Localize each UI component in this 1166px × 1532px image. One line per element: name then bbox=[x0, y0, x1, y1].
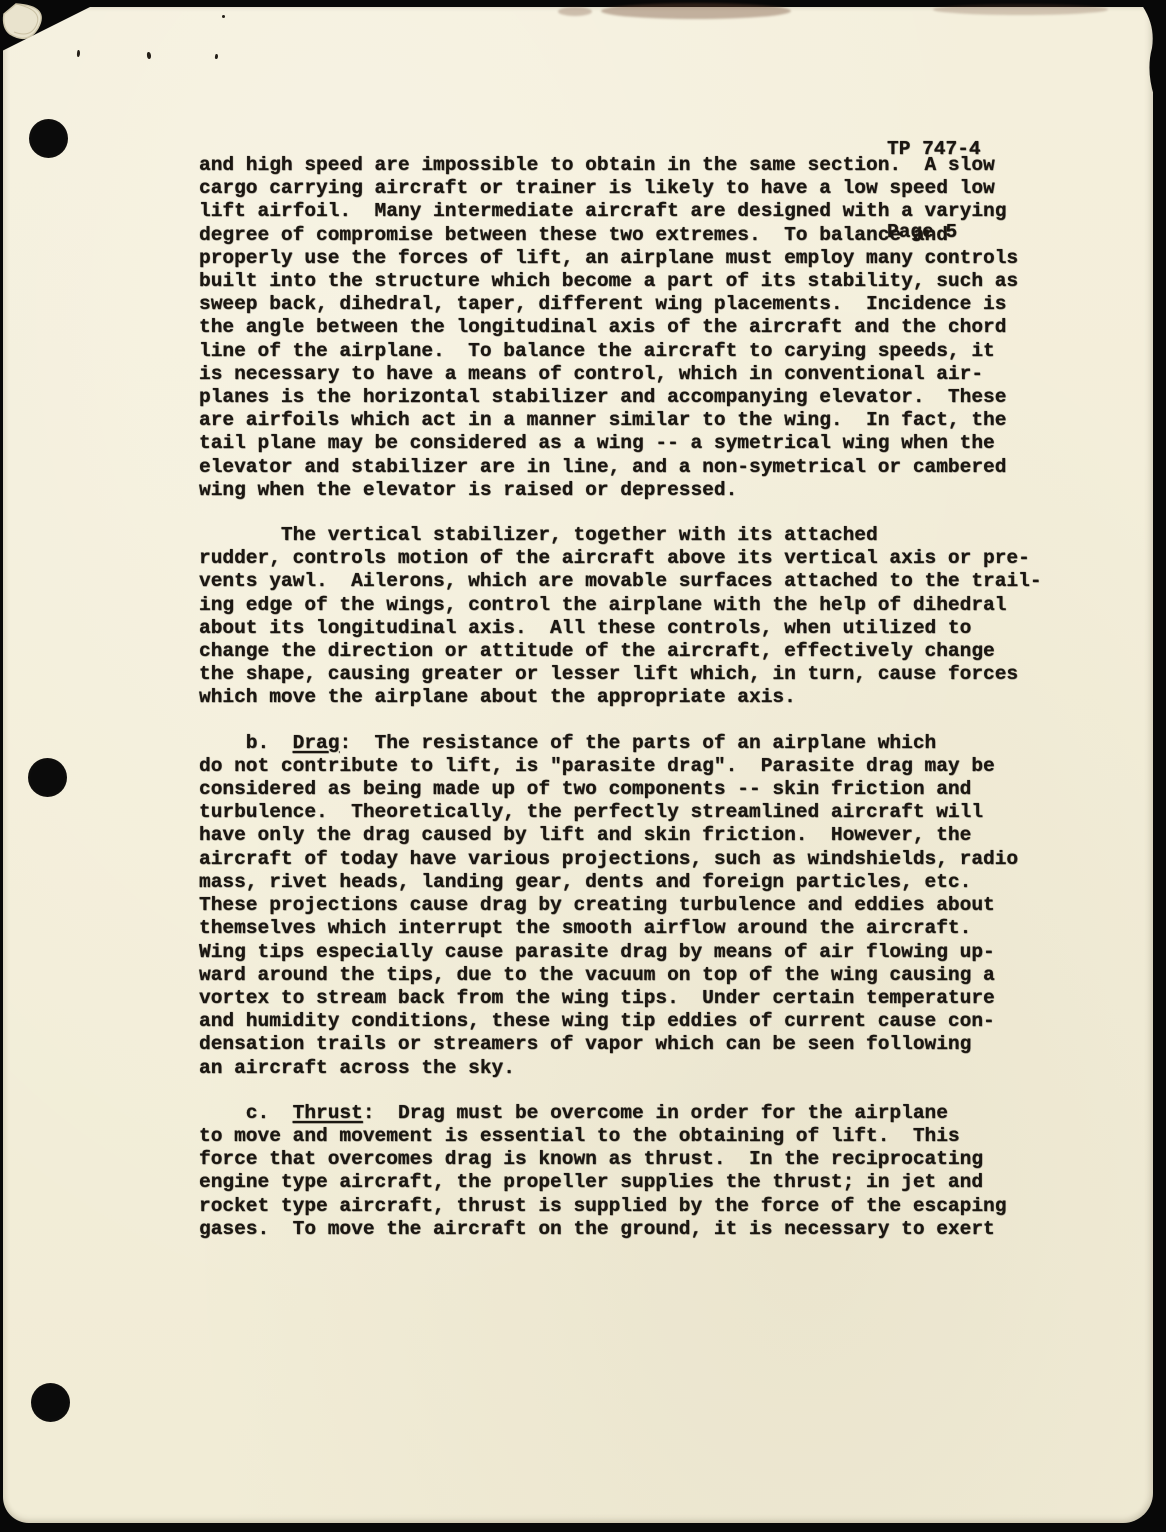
text-line: wing when the elevator is raised or depr… bbox=[199, 479, 1042, 502]
text-line: is necessary to have a means of control,… bbox=[199, 363, 1042, 386]
text-line: which move the airplane about the approp… bbox=[199, 686, 1042, 709]
text-line: The vertical stabilizer, together with i… bbox=[199, 524, 1042, 547]
text-line: mass, rivet heads, landing gear, dents a… bbox=[199, 871, 1042, 894]
text-line: c. Thrust: Drag must be overcome in orde… bbox=[199, 1102, 1042, 1125]
text-line: b. Drag: The resistance of the parts of … bbox=[199, 732, 1042, 755]
text-line: tail plane may be considered as a wing -… bbox=[199, 432, 1042, 455]
bleed-through-smudge bbox=[601, 3, 791, 19]
ink-speck bbox=[222, 15, 225, 18]
paragraph-thrust: c. Thrust: Drag must be overcome in orde… bbox=[199, 1102, 1042, 1241]
ink-speck bbox=[147, 52, 151, 59]
text-line: the angle between the longitudinal axis … bbox=[199, 316, 1042, 339]
text-line: These projections cause drag by creating… bbox=[199, 894, 1042, 917]
text-line: an aircraft across the sky. bbox=[199, 1057, 1042, 1080]
document-body: and high speed are impossible to obtain … bbox=[199, 154, 1042, 1263]
paragraph-airfoil-balance: and high speed are impossible to obtain … bbox=[199, 154, 1042, 502]
paragraph-vertical-stabilizer: The vertical stabilizer, together with i… bbox=[199, 524, 1042, 710]
text-line: vortex to stream back from the wing tips… bbox=[199, 987, 1042, 1010]
document-page: TP 747-4 Page 5 and high speed are impos… bbox=[3, 7, 1153, 1523]
scan-bottom-edge bbox=[0, 1523, 1166, 1532]
text-line: ward around the tips, due to the vacuum … bbox=[199, 964, 1042, 987]
punch-hole-bottom bbox=[31, 1383, 70, 1422]
torn-edge-notch bbox=[1126, 0, 1166, 100]
text-line: turbulence. Theoretically, the perfectly… bbox=[199, 801, 1042, 824]
paragraph-drag: b. Drag: The resistance of the parts of … bbox=[199, 732, 1042, 1080]
punch-hole-top bbox=[29, 119, 68, 158]
bleed-through-smudge bbox=[933, 4, 1108, 15]
ink-speck bbox=[215, 54, 219, 59]
text-line: force that overcomes drag is known as th… bbox=[199, 1148, 1042, 1171]
bleed-through-smudge bbox=[558, 7, 592, 16]
text-line: densation trails or streamers of vapor w… bbox=[199, 1033, 1042, 1056]
text-line: sweep back, dihedral, taper, different w… bbox=[199, 293, 1042, 316]
text-line: rocket type aircraft, thrust is supplied… bbox=[199, 1195, 1042, 1218]
text-line: cargo carrying aircraft or trainer is li… bbox=[199, 177, 1042, 200]
text-line: ing edge of the wings, control the airpl… bbox=[199, 594, 1042, 617]
text-line: considered as being made up of two compo… bbox=[199, 778, 1042, 801]
text-line: properly use the forces of lift, an airp… bbox=[199, 247, 1042, 270]
text-line: and humidity conditions, these wing tip … bbox=[199, 1010, 1042, 1033]
text-line: are airfoils which act in a manner simil… bbox=[199, 409, 1042, 432]
text-line: and high speed are impossible to obtain … bbox=[199, 154, 1042, 177]
text-line: engine type aircraft, the propeller supp… bbox=[199, 1171, 1042, 1194]
text-line: do not contribute to lift, is "parasite … bbox=[199, 755, 1042, 778]
text-line: planes is the horizontal stabilizer and … bbox=[199, 386, 1042, 409]
text-line: line of the airplane. To balance the air… bbox=[199, 340, 1042, 363]
text-line: Wing tips especially cause parasite drag… bbox=[199, 941, 1042, 964]
text-line: aircraft of today have various projectio… bbox=[199, 848, 1042, 871]
text-line: vents yawl. Ailerons, which are movable … bbox=[199, 570, 1042, 593]
text-line: change the direction or attitude of the … bbox=[199, 640, 1042, 663]
text-line: themselves which interrupt the smooth ai… bbox=[199, 917, 1042, 940]
text-line: to move and movement is essential to the… bbox=[199, 1125, 1042, 1148]
text-line: elevator and stabilizer are in line, and… bbox=[199, 456, 1042, 479]
punch-hole-middle bbox=[28, 758, 67, 797]
text-line: about its longitudinal axis. All these c… bbox=[199, 617, 1042, 640]
text-line: gases. To move the aircraft on the groun… bbox=[199, 1218, 1042, 1241]
text-line: have only the drag caused by lift and sk… bbox=[199, 824, 1042, 847]
dog-ear-fold bbox=[0, 0, 130, 90]
scanned-page-scene: TP 747-4 Page 5 and high speed are impos… bbox=[0, 0, 1166, 1532]
text-line: lift airfoil. Many intermediate aircraft… bbox=[199, 200, 1042, 223]
text-line: degree of compromise between these two e… bbox=[199, 224, 1042, 247]
text-line: rudder, controls motion of the aircraft … bbox=[199, 547, 1042, 570]
text-line: built into the structure which become a … bbox=[199, 270, 1042, 293]
text-line: the shape, causing greater or lesser lif… bbox=[199, 663, 1042, 686]
